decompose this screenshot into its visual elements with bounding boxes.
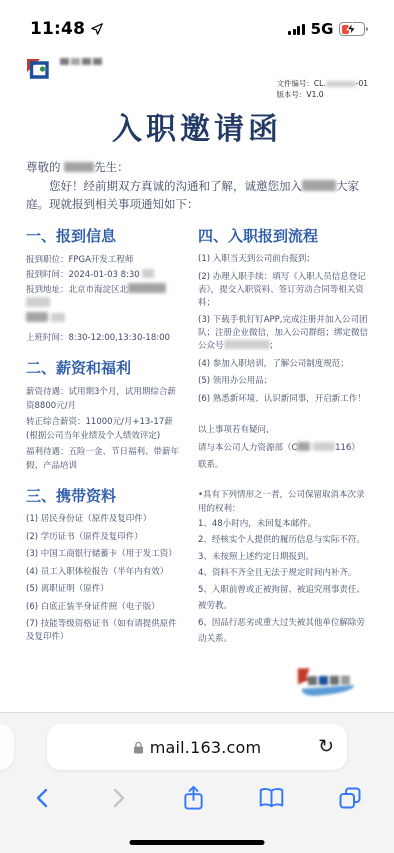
- share-icon: [182, 784, 205, 812]
- notice-item: 6、因品行恶劣或重大过失被其他单位解除劳动关系。: [198, 615, 368, 648]
- report-time-line: 报到时间：2024-01-03 8:30: [26, 268, 184, 282]
- work-hours-line: 上班时间：8:30-12:00,13:30-18:00: [26, 331, 184, 345]
- share-button[interactable]: [182, 784, 205, 812]
- company-stamp-logo-icon: [292, 667, 355, 700]
- report-address-line: 报到地址：北京市海淀区北: [26, 283, 184, 311]
- back-button[interactable]: [32, 786, 54, 810]
- company-name-redacted: [58, 58, 112, 76]
- material-item: (3) 中国工商银行储蓄卡（用于发工资）: [26, 548, 184, 561]
- bookmarks-button[interactable]: [258, 786, 285, 810]
- material-item: (6) 白底正装半身证件照（电子版）: [26, 601, 184, 614]
- process-step: (3) 下载手机钉钉APP,完成注册并加入公司团队；注册企业微信，加入公司群组；…: [198, 314, 368, 353]
- url-text: mail.163.com: [150, 738, 262, 757]
- forward-button[interactable]: [107, 786, 129, 810]
- tabs-button[interactable]: [338, 786, 362, 810]
- salary-regular-line: 转正综合薪资：11000元/月+13-17薪(根据公司当年业绩及个人绩效评定): [26, 415, 184, 443]
- report-position-line: 报到职位：FPGA开发工程师: [26, 253, 184, 267]
- recipient-name-redacted: [64, 162, 94, 172]
- page-title: 入职邀请函: [26, 104, 368, 148]
- revocation-notice: •具有下列情形之一者，公司保留取消本次录用的权利： 1、48小时内，未回复本邮件…: [198, 488, 368, 648]
- material-item: (4) 员工入职体检报告（半年内有效）: [26, 566, 184, 579]
- file-number: 文件编号：CL.-01: [276, 78, 368, 89]
- clock: 11:48: [30, 19, 85, 39]
- wechat-account-redacted: [224, 340, 270, 349]
- refresh-icon[interactable]: ↻: [318, 738, 334, 757]
- process-step: (1) 入职当天到公司前台报到；: [198, 253, 368, 266]
- version-number: 版本号：V1.0: [276, 89, 368, 100]
- greeting-body: 您好！经前期双方真诚的沟通和了解，诚邀您加入大家庭。现就报到相关事项通知如下：: [26, 177, 368, 213]
- hr-contact-line: 请与本公司人力资源部（C 116）联系。: [198, 440, 368, 474]
- company-name-inline-redacted: [302, 180, 336, 191]
- network-type-label: 5G: [311, 20, 334, 38]
- material-item: (5) 离职证明（原件）: [26, 583, 184, 596]
- process-step: (5) 领用办公用品；: [198, 375, 368, 388]
- offer-letter-document: 文件编号：CL.-01 版本号：V1.0 入职邀请函 尊敬的 先生： 您好！经前…: [0, 56, 394, 700]
- previous-tab-peek[interactable]: [0, 724, 14, 770]
- status-bar: 11:48 5G: [0, 0, 394, 52]
- phone-redacted: [297, 442, 310, 451]
- lock-icon: [133, 741, 144, 754]
- section-2-title: 二、薪资和福利: [26, 357, 184, 378]
- document-meta: 文件编号：CL.-01 版本号：V1.0: [276, 78, 368, 100]
- safari-bottom-bar: mail.163.com ↻: [0, 712, 394, 853]
- salary-probation-line: 薪资待遇：试用期3个月，试用期综合薪资8800元/月: [26, 385, 184, 413]
- material-item: (2) 学历证书（原件及复印件）: [26, 531, 184, 544]
- process-step: (4) 参加入职培训，了解公司制度规范；: [198, 358, 368, 371]
- notice-item: 5、入职前曾或正被拘留、被追究刑事责任、被劳教。: [198, 582, 368, 615]
- right-column: 四、入职报到流程 (1) 入职当天到公司前台报到； (2) 办理入职手续：填写《…: [198, 221, 368, 700]
- location-arrow-icon: [90, 22, 104, 36]
- home-indicator[interactable]: [130, 840, 265, 845]
- chevron-right-icon: [107, 786, 129, 810]
- stacked-squares-icon: [338, 786, 362, 810]
- phone-redacted: [313, 442, 335, 451]
- chevron-left-icon: [32, 786, 54, 810]
- salutation-line: 尊敬的 先生：: [26, 158, 368, 176]
- address-bar[interactable]: mail.163.com ↻: [47, 724, 347, 770]
- material-item: (7) 技能等级资格证书（如有请提供原件及复印件）: [26, 618, 184, 644]
- safari-toolbar: [0, 784, 394, 812]
- process-step: (2) 办理入职手续：填写《入职人员信息登记表》，提交入职资料、签订劳动合同等相…: [198, 271, 368, 310]
- notice-item: 3、未按照上述约定日期报到。: [198, 549, 368, 566]
- section-4-title: 四、入职报到流程: [198, 225, 368, 246]
- process-step: (6) 熟悉新环境、认识新同事，开启新工作！: [198, 393, 368, 406]
- contact-note: 以上事项若有疑问， 请与本公司人力资源部（C 116）联系。: [198, 422, 368, 474]
- material-item: (1) 居民身份证（原件及复印件）: [26, 513, 184, 526]
- greeting: 尊敬的 先生： 您好！经前期双方真诚的沟通和了解，诚邀您加入大家庭。现就报到相关…: [26, 158, 368, 213]
- iphone-screen: 11:48 5G: [0, 0, 394, 853]
- open-book-icon: [258, 786, 285, 810]
- left-column: 一、报到信息 报到职位：FPGA开发工程师 报到时间：2024-01-03 8:…: [26, 221, 184, 700]
- file-number-redacted: [326, 81, 356, 87]
- section-3-title: 三、携带资料: [26, 485, 184, 506]
- battery-charging-icon: [339, 22, 368, 36]
- benefits-line: 福利待遇：五险一金、节日福利、带薪年假、产品培训: [26, 445, 184, 473]
- notice-item: 4、资料不齐全且无法于规定时间内补齐。: [198, 565, 368, 582]
- section-1-title: 一、报到信息: [26, 225, 184, 246]
- company-stamp: [198, 668, 354, 700]
- cellular-signal-icon: [288, 24, 305, 35]
- company-logo-icon: [26, 58, 52, 82]
- report-address-line-2: [26, 312, 184, 326]
- notice-item: 2、经核实个人提供的履历信息与实际不符。: [198, 532, 368, 549]
- company-logo: [26, 58, 112, 82]
- notice-item: 1、48小时内，未回复本邮件。: [198, 516, 368, 533]
- notice-header: •具有下列情形之一者，公司保留取消本次录用的权利：: [198, 488, 368, 516]
